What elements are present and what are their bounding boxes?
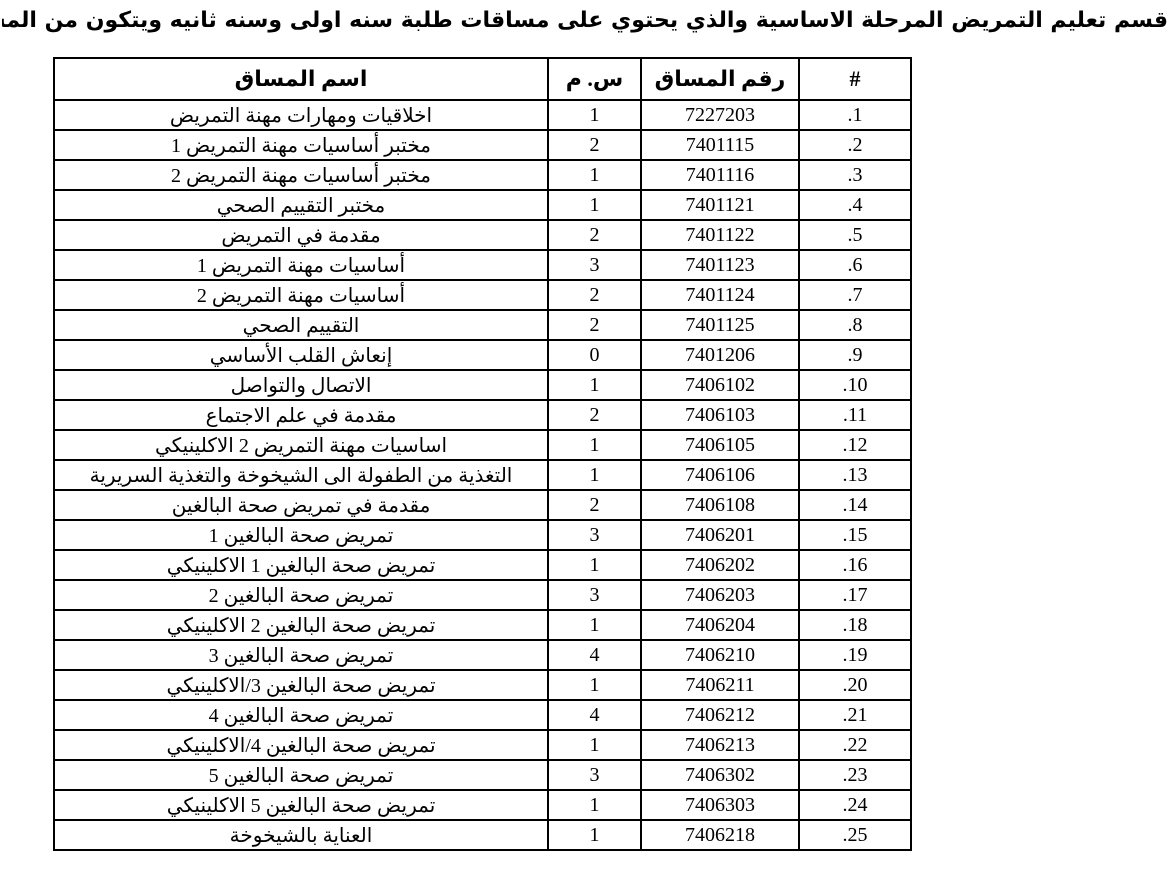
row-credit-hours-cell: 1 xyxy=(548,610,641,640)
row-course-name-cell: مختبر أساسيات مهنة التمريض 1 xyxy=(54,130,548,160)
header-index: # xyxy=(799,58,911,100)
row-index-cell: .9 xyxy=(799,340,911,370)
row-course-number-cell: 7401122 xyxy=(641,220,799,250)
header-row: # رقم المساق س. م اسم المساق xyxy=(54,58,911,100)
courses-table-header: # رقم المساق س. م اسم المساق xyxy=(54,58,911,100)
row-course-number-cell: 7406213 xyxy=(641,730,799,760)
row-credit-hours-cell: 4 xyxy=(548,640,641,670)
table-row: .6 7401123 3 أساسيات مهنة التمريض 1 xyxy=(54,250,911,280)
row-index-cell: .18 xyxy=(799,610,911,640)
row-course-name-cell: تمريض صحة البالغين 5 الاكلينيكي xyxy=(54,790,548,820)
row-course-name-cell: اساسيات مهنة التمريض 2 الاكلينيكي xyxy=(54,430,548,460)
row-credit-hours-cell: 1 xyxy=(548,160,641,190)
row-credit-hours-cell: 4 xyxy=(548,700,641,730)
row-index-cell: .15 xyxy=(799,520,911,550)
table-row: .23 7406302 3 تمريض صحة البالغين 5 xyxy=(54,760,911,790)
row-course-name-cell: تمريض صحة البالغين 1 الاكلينيكي xyxy=(54,550,548,580)
table-row: .12 7406105 1 اساسيات مهنة التمريض 2 الا… xyxy=(54,430,911,460)
table-row: .10 7406102 1 الاتصال والتواصل xyxy=(54,370,911,400)
row-course-number-cell: 7406201 xyxy=(641,520,799,550)
table-row: .5 7401122 2 مقدمة في التمريض xyxy=(54,220,911,250)
row-credit-hours-cell: 1 xyxy=(548,460,641,490)
table-row: .17 7406203 3 تمريض صحة البالغين 2 xyxy=(54,580,911,610)
row-index-cell: .20 xyxy=(799,670,911,700)
row-credit-hours-cell: 3 xyxy=(548,760,641,790)
table-row: .8 7401125 2 التقييم الصحي xyxy=(54,310,911,340)
row-index-cell: .2 xyxy=(799,130,911,160)
table-row: .16 7406202 1 تمريض صحة البالغين 1 الاكل… xyxy=(54,550,911,580)
table-row: .15 7406201 3 تمريض صحة البالغين 1 xyxy=(54,520,911,550)
row-course-name-cell: تمريض صحة البالغين 5 xyxy=(54,760,548,790)
table-row: .13 7406106 1 التغذية من الطفولة الى الش… xyxy=(54,460,911,490)
row-course-name-cell: مختبر أساسيات مهنة التمريض 2 xyxy=(54,160,548,190)
table-row: .4 7401121 1 مختبر التقييم الصحي xyxy=(54,190,911,220)
row-index-cell: .4 xyxy=(799,190,911,220)
row-course-name-cell: تمريض صحة البالغين 2 xyxy=(54,580,548,610)
row-index-cell: .6 xyxy=(799,250,911,280)
row-index-cell: .24 xyxy=(799,790,911,820)
row-course-number-cell: 7401124 xyxy=(641,280,799,310)
row-index-cell: .19 xyxy=(799,640,911,670)
row-course-number-cell: 7401123 xyxy=(641,250,799,280)
row-course-number-cell: 7406105 xyxy=(641,430,799,460)
row-course-number-cell: 7406303 xyxy=(641,790,799,820)
row-index-cell: .14 xyxy=(799,490,911,520)
row-credit-hours-cell: 3 xyxy=(548,250,641,280)
row-course-number-cell: 7406203 xyxy=(641,580,799,610)
row-course-number-cell: 7227203 xyxy=(641,100,799,130)
row-course-name-cell: أساسيات مهنة التمريض 2 xyxy=(54,280,548,310)
row-course-name-cell: تمريض صحة البالغين 3 xyxy=(54,640,548,670)
row-index-cell: .23 xyxy=(799,760,911,790)
row-course-number-cell: 7401115 xyxy=(641,130,799,160)
row-credit-hours-cell: 2 xyxy=(548,400,641,430)
row-course-name-cell: التغذية من الطفولة الى الشيخوخة والتغذية… xyxy=(54,460,548,490)
row-credit-hours-cell: 2 xyxy=(548,490,641,520)
row-course-name-cell: العناية بالشيخوخة xyxy=(54,820,548,850)
row-course-number-cell: 7406204 xyxy=(641,610,799,640)
row-course-number-cell: 7401116 xyxy=(641,160,799,190)
row-course-number-cell: 7406218 xyxy=(641,820,799,850)
row-index-cell: .25 xyxy=(799,820,911,850)
row-course-number-cell: 7406212 xyxy=(641,700,799,730)
page-title: قسم تعليم التمريض المرحلة الاساسية والذي… xyxy=(2,3,1168,39)
row-course-number-cell: 7406102 xyxy=(641,370,799,400)
row-credit-hours-cell: 2 xyxy=(548,280,641,310)
row-credit-hours-cell: 1 xyxy=(548,550,641,580)
row-course-name-cell: الاتصال والتواصل xyxy=(54,370,548,400)
row-course-number-cell: 7406211 xyxy=(641,670,799,700)
row-course-number-cell: 7406210 xyxy=(641,640,799,670)
row-course-name-cell: إنعاش القلب الأساسي xyxy=(54,340,548,370)
row-credit-hours-cell: 0 xyxy=(548,340,641,370)
header-credit-hours: س. م xyxy=(548,58,641,100)
row-course-number-cell: 7406108 xyxy=(641,490,799,520)
row-index-cell: .11 xyxy=(799,400,911,430)
row-credit-hours-cell: 3 xyxy=(548,580,641,610)
row-course-name-cell: أساسيات مهنة التمريض 1 xyxy=(54,250,548,280)
row-index-cell: .12 xyxy=(799,430,911,460)
row-credit-hours-cell: 2 xyxy=(548,310,641,340)
row-credit-hours-cell: 1 xyxy=(548,820,641,850)
row-course-name-cell: تمريض صحة البالغين 4 xyxy=(54,700,548,730)
table-row: .14 7406108 2 مقدمة في تمريض صحة البالغي… xyxy=(54,490,911,520)
table-row: .9 7401206 0 إنعاش القلب الأساسي xyxy=(54,340,911,370)
row-credit-hours-cell: 2 xyxy=(548,220,641,250)
row-index-cell: .17 xyxy=(799,580,911,610)
row-course-name-cell: اخلاقيات ومهارات مهنة التمريض xyxy=(54,100,548,130)
row-credit-hours-cell: 1 xyxy=(548,730,641,760)
row-course-name-cell: التقييم الصحي xyxy=(54,310,548,340)
row-course-number-cell: 7406106 xyxy=(641,460,799,490)
header-course-number: رقم المساق xyxy=(641,58,799,100)
row-course-number-cell: 7401121 xyxy=(641,190,799,220)
row-index-cell: .8 xyxy=(799,310,911,340)
table-row: .11 7406103 2 مقدمة في علم الاجتماع xyxy=(54,400,911,430)
row-index-cell: .7 xyxy=(799,280,911,310)
table-row: .22 7406213 1 تمريض صحة البالغين 4/الاكل… xyxy=(54,730,911,760)
row-index-cell: .1 xyxy=(799,100,911,130)
header-course-name: اسم المساق xyxy=(54,58,548,100)
row-index-cell: .21 xyxy=(799,700,911,730)
row-course-name-cell: تمريض صحة البالغين 2 الاكلينيكي xyxy=(54,610,548,640)
row-credit-hours-cell: 1 xyxy=(548,670,641,700)
courses-table-body: .1 7227203 1 اخلاقيات ومهارات مهنة التمر… xyxy=(54,100,911,850)
row-index-cell: .3 xyxy=(799,160,911,190)
row-index-cell: .22 xyxy=(799,730,911,760)
row-course-name-cell: تمريض صحة البالغين 3/الاكلينيكي xyxy=(54,670,548,700)
row-credit-hours-cell: 1 xyxy=(548,190,641,220)
row-course-number-cell: 7406302 xyxy=(641,760,799,790)
row-credit-hours-cell: 3 xyxy=(548,520,641,550)
table-row: .1 7227203 1 اخلاقيات ومهارات مهنة التمر… xyxy=(54,100,911,130)
row-credit-hours-cell: 1 xyxy=(548,430,641,460)
row-course-name-cell: تمريض صحة البالغين 4/الاكلينيكي xyxy=(54,730,548,760)
table-row: .20 7406211 1 تمريض صحة البالغين 3/الاكل… xyxy=(54,670,911,700)
row-course-number-cell: 7401125 xyxy=(641,310,799,340)
row-index-cell: .10 xyxy=(799,370,911,400)
row-index-cell: .13 xyxy=(799,460,911,490)
row-course-number-cell: 7406103 xyxy=(641,400,799,430)
row-course-name-cell: مقدمة في علم الاجتماع xyxy=(54,400,548,430)
row-course-number-cell: 7406202 xyxy=(641,550,799,580)
row-course-name-cell: مختبر التقييم الصحي xyxy=(54,190,548,220)
row-credit-hours-cell: 1 xyxy=(548,100,641,130)
row-credit-hours-cell: 1 xyxy=(548,790,641,820)
row-index-cell: .5 xyxy=(799,220,911,250)
row-course-number-cell: 7401206 xyxy=(641,340,799,370)
table-row: .24 7406303 1 تمريض صحة البالغين 5 الاكل… xyxy=(54,790,911,820)
table-row: .25 7406218 1 العناية بالشيخوخة xyxy=(54,820,911,850)
table-row: .3 7401116 1 مختبر أساسيات مهنة التمريض … xyxy=(54,160,911,190)
row-course-name-cell: مقدمة في التمريض xyxy=(54,220,548,250)
table-row: .19 7406210 4 تمريض صحة البالغين 3 xyxy=(54,640,911,670)
row-course-name-cell: تمريض صحة البالغين 1 xyxy=(54,520,548,550)
table-row: .7 7401124 2 أساسيات مهنة التمريض 2 xyxy=(54,280,911,310)
table-row: .21 7406212 4 تمريض صحة البالغين 4 xyxy=(54,700,911,730)
row-index-cell: .16 xyxy=(799,550,911,580)
courses-table: # رقم المساق س. م اسم المساق .1 7227203 … xyxy=(53,57,912,851)
table-row: .18 7406204 1 تمريض صحة البالغين 2 الاكل… xyxy=(54,610,911,640)
row-credit-hours-cell: 2 xyxy=(548,130,641,160)
row-course-name-cell: مقدمة في تمريض صحة البالغين xyxy=(54,490,548,520)
row-credit-hours-cell: 1 xyxy=(548,370,641,400)
table-row: .2 7401115 2 مختبر أساسيات مهنة التمريض … xyxy=(54,130,911,160)
